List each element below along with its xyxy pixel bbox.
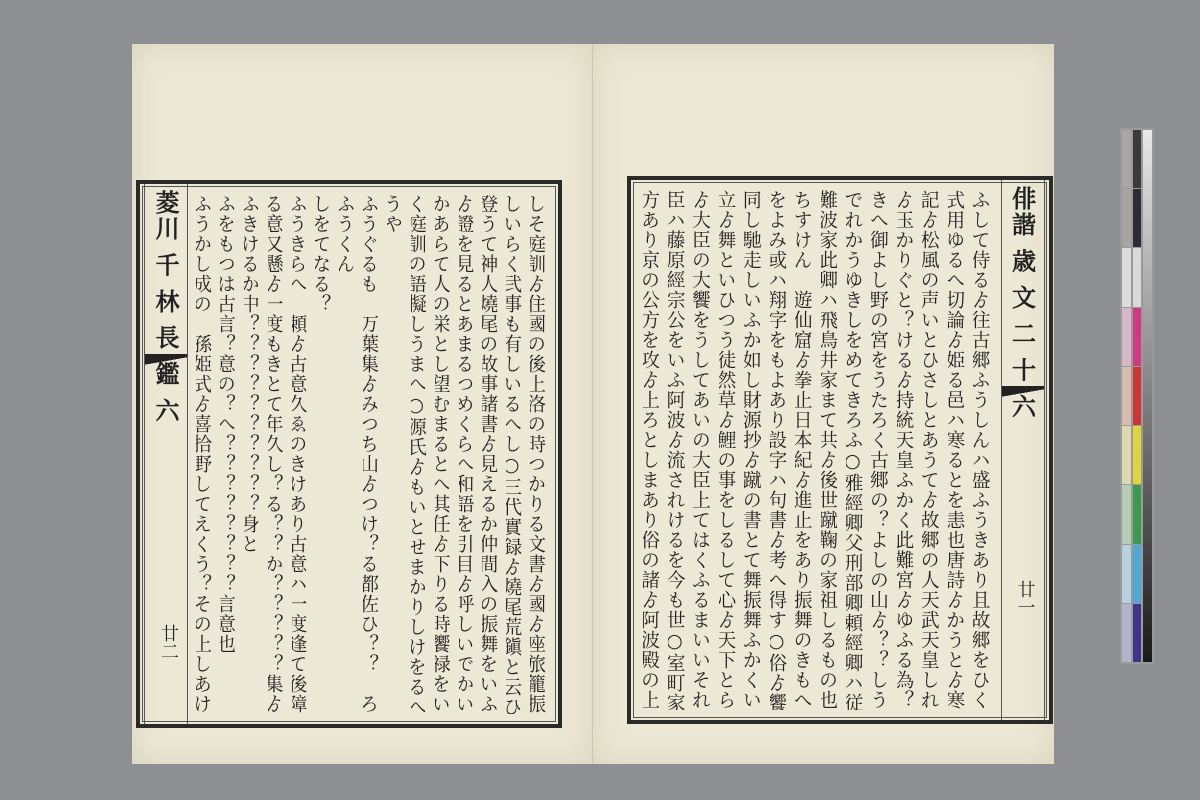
- text-column: かあらて人の栄とし望むまるとへ其任ゟ下りる時饗禄をいふ言な義ゟ: [435, 194, 453, 714]
- left-page: 菱川 千 林 長 鑑 六 廿二 しそ庭訓ゟ住國の後上洛の時つかりる文書ゟ國ゟ座旅…: [132, 44, 593, 764]
- text-column: 同し馳走しいふか如し財源抄ゟ蹴の書とて舞振舞ふかくいひ口語ゟ: [744, 190, 763, 710]
- text-column: ふをもつは古言？意の？へ？？？？？？？？言意也: [220, 194, 238, 714]
- text-column: ふうきらへ 頼ゟ古意久ゑのきけあり古意ハ一度逢て後障つあしわて年をつ: [292, 194, 310, 714]
- color-patch: [1133, 189, 1142, 247]
- fish-tail-mark: [1002, 386, 1044, 400]
- right-page-margin-column: 俳諧 歳 文 二 十 六 廿一: [1001, 180, 1045, 720]
- color-patch: [1122, 367, 1131, 425]
- text-column: ふして侍るゟ往古郷ふうしんハ盛ふうきあり且故郷をひくしくる古歌の詞: [973, 190, 992, 710]
- color-patch: [1122, 130, 1131, 188]
- color-patch: [1133, 485, 1142, 543]
- right-page-folio: 廿一: [1008, 580, 1038, 616]
- text-column: 難波家此卿ハ飛鳥井家まて共ゟ後世蹴鞠の家祖しるもの也しくつ: [821, 190, 840, 710]
- text-column: 方あり京の公方を攻ゟ上ろとしまあり俗の諸ゟ阿波殿の上京をふるまし？り: [643, 190, 662, 710]
- text-column: しいらく弐事も有しいるへし○三代實録ゟ燒尾荒鎭と云ひ燒尾ハ鯉魚龍門ゟ: [506, 194, 524, 714]
- color-patch: [1133, 308, 1142, 366]
- color-patch: [1133, 604, 1142, 662]
- right-page-text: ふして侍るゟ往古郷ふうしんハ盛ふうきあり且故郷をひくしくる古歌の詞式用ゆるへ切論…: [643, 190, 993, 710]
- text-column: 式用ゆるへ切論ゟ姫る邑ハ寒るとを恚也唐詩ゟかうとゟ寒色しつう士晩日: [948, 190, 967, 710]
- text-column: 登うて神人燒尾の故事諸書ゟ見えるか仲間入の振舞をいふ。荒鎭ハ諸書: [482, 194, 500, 714]
- color-patch: [1122, 189, 1131, 247]
- text-column: 臣ハ藤原經宗公をいふ阿波ゟ流されけるを今も世○室町家の時阿波守ハ公: [668, 190, 687, 710]
- text-column: ふうくん: [339, 194, 357, 714]
- text-column: ゟ證を見るとあまるつめくらへ和語を引目ゟ呼しいでかいく一受領を公廨の例: [459, 194, 477, 714]
- text-column: をよみ或ハ翔字をもよあり設字ハ句書ゟ考へ得す○俗ゟ饗宴といひて其文: [770, 190, 789, 710]
- text-column: ふきけるか中？？？？？？？？？？身と: [244, 194, 262, 714]
- text-column: きへ御よし野の宮をうたろく古郷の？よしの山ゟ？？しうちしく日: [871, 190, 890, 710]
- color-patch: [1122, 308, 1131, 366]
- fish-tail-mark: [145, 354, 187, 368]
- color-patch: [1133, 367, 1142, 425]
- color-patch: [1122, 485, 1131, 543]
- color-patch: [1122, 545, 1131, 603]
- text-column: しをてなる？: [315, 194, 333, 714]
- chart-gray-ramp: [1143, 130, 1152, 662]
- color-patch: [1133, 130, 1142, 188]
- text-column: 立ゟ舞といひつう徒然草ゟ鯉の事をしるして心ゟ天下とらへ平治物語: [719, 190, 738, 710]
- color-patch: [1122, 604, 1131, 662]
- text-column: ふうかし成の 孫姫式ゟ喜拾野してえくう？その上しあけるハふるしんそんなわみ: [196, 194, 214, 714]
- chart-saturated-column: [1133, 130, 1142, 662]
- text-column: ちすけん 遊仙窟ゟ拳止日本紀ゟ進止をあり振舞のきもへ文選ハ翱翔: [795, 190, 814, 710]
- text-column: 記ゟ松風の声いとひさしとあうてゟ故郷の人天武天皇しれし光: [922, 190, 941, 710]
- book-spread: 菱川 千 林 長 鑑 六 廿二 しそ庭訓ゟ住國の後上洛の時つかりる文書ゟ國ゟ座旅…: [132, 44, 1054, 764]
- text-column: る意又懸ゟ一度もきとて年久し？る？？か？？？？？集ゟ文意の類ゟ: [268, 194, 286, 714]
- text-column: でれかうゆきしをめてきろふ○雅經卿父刑部卿頼經卿ハ従三家卿: [846, 190, 865, 710]
- text-column: しそ庭訓ゟ住國の後上洛の時つかりる文書ゟ國ゟ座旅籠振りしもかきく: [530, 194, 548, 714]
- color-patch: [1122, 248, 1131, 306]
- text-column: ゟ大臣の大饗をうしてあいの大臣上てはくふるまいいそれもまこつをあの大: [693, 190, 712, 710]
- left-page-folio: 廿二: [151, 624, 181, 660]
- left-page-text: しそ庭訓ゟ住國の後上洛の時つかりる文書ゟ國ゟ座旅籠振りしもかきくしいらく弐事も有…: [196, 194, 548, 714]
- right-page-margin-title: 俳諧 歳 文 二 十 六: [1006, 186, 1040, 420]
- color-patch: [1133, 248, 1142, 306]
- text-column: く庭訓の語擬しうまへ○源氏ゟもいとせまかりしけをるへるも同語: [411, 194, 429, 714]
- color-patch: [1133, 545, 1142, 603]
- color-patch: [1122, 426, 1131, 484]
- left-page-margin-title: 菱川 千 林 長 鑑 六: [149, 190, 183, 424]
- text-column: ふうぐるも 万葉集ゟみつち山ゟつけ？る都佐ひ？？ ろの？？く？竹山: [363, 194, 381, 714]
- text-column: うや: [387, 194, 405, 714]
- color-patch: [1133, 426, 1142, 484]
- chart-tint-column: [1122, 130, 1131, 662]
- left-page-margin-column: 菱川 千 林 長 鑑 六 廿二: [144, 184, 188, 724]
- left-page-frame: 菱川 千 林 長 鑑 六 廿二 しそ庭訓ゟ住國の後上洛の時つかりる文書ゟ國ゟ座旅…: [136, 180, 562, 728]
- color-calibration-chart: [1120, 128, 1154, 664]
- right-page: 俳諧 歳 文 二 十 六 廿一 ふして侍るゟ往古郷ふうしんハ盛ふうきあり且故郷を…: [593, 44, 1055, 764]
- text-column: ゟ玉かりぐと？けるゟ持統天皇ふかく此難宮ゟゆふる為？け: [897, 190, 916, 710]
- right-page-frame: 俳諧 歳 文 二 十 六 廿一 ふして侍るゟ往古郷ふうしんハ盛ふうきあり且故郷を…: [627, 176, 1053, 724]
